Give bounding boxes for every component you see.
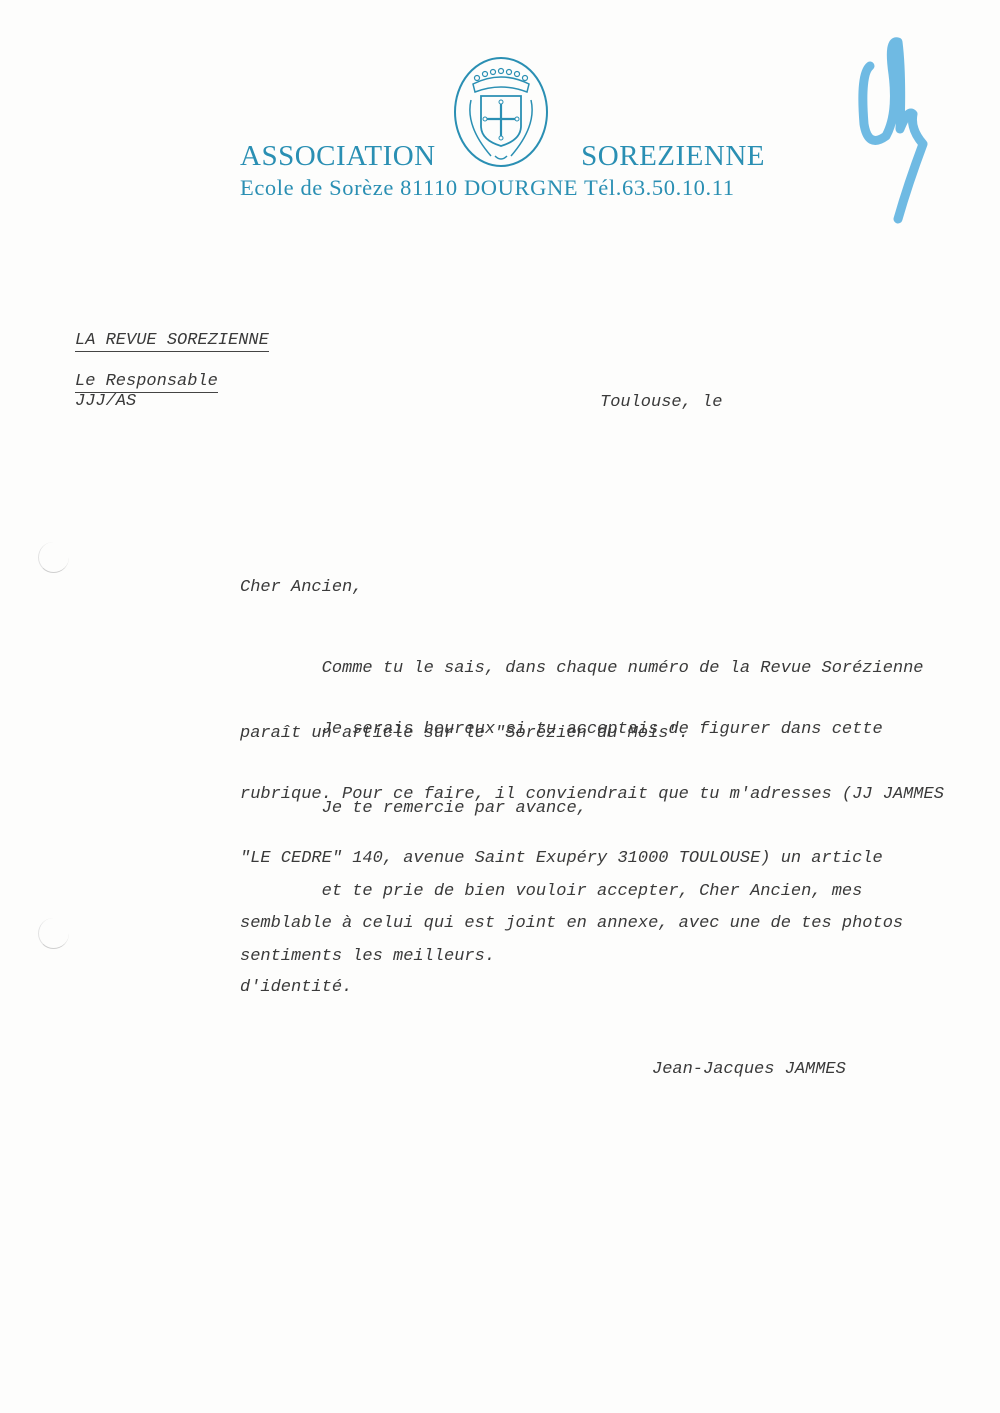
salutation: Cher Ancien, [240,577,362,599]
paragraph-4: et te prie de bien vouloir accepter, Che… [240,838,862,989]
org-name-left: ASSOCIATION [240,140,436,173]
paragraph-line: Je serais heureux si tu acceptais de fig… [240,719,944,741]
letterhead-address: Ecole de Sorèze 81110 DOURGNE Tél.63.50.… [240,175,735,201]
coat-of-arms-emblem [451,56,551,168]
sender-role: Le Responsable [75,372,218,393]
paragraph-line: sentiments les meilleurs. [240,946,862,968]
punch-hole [38,542,69,573]
publication-name: LA REVUE SOREZIENNE [75,331,269,352]
org-name-right: SOREZIENNE [581,140,765,173]
signature-name: Jean-Jacques JAMMES [652,1060,846,1079]
place-date: Toulouse, le [600,393,722,412]
paragraph-line: et te prie de bien vouloir accepter, Che… [240,881,862,903]
punch-hole [38,918,69,949]
handwritten-initials-icon [838,34,948,259]
reference-code: JJJ/AS [75,392,136,411]
paragraph-3: Je te remercie par avance, [240,798,587,820]
